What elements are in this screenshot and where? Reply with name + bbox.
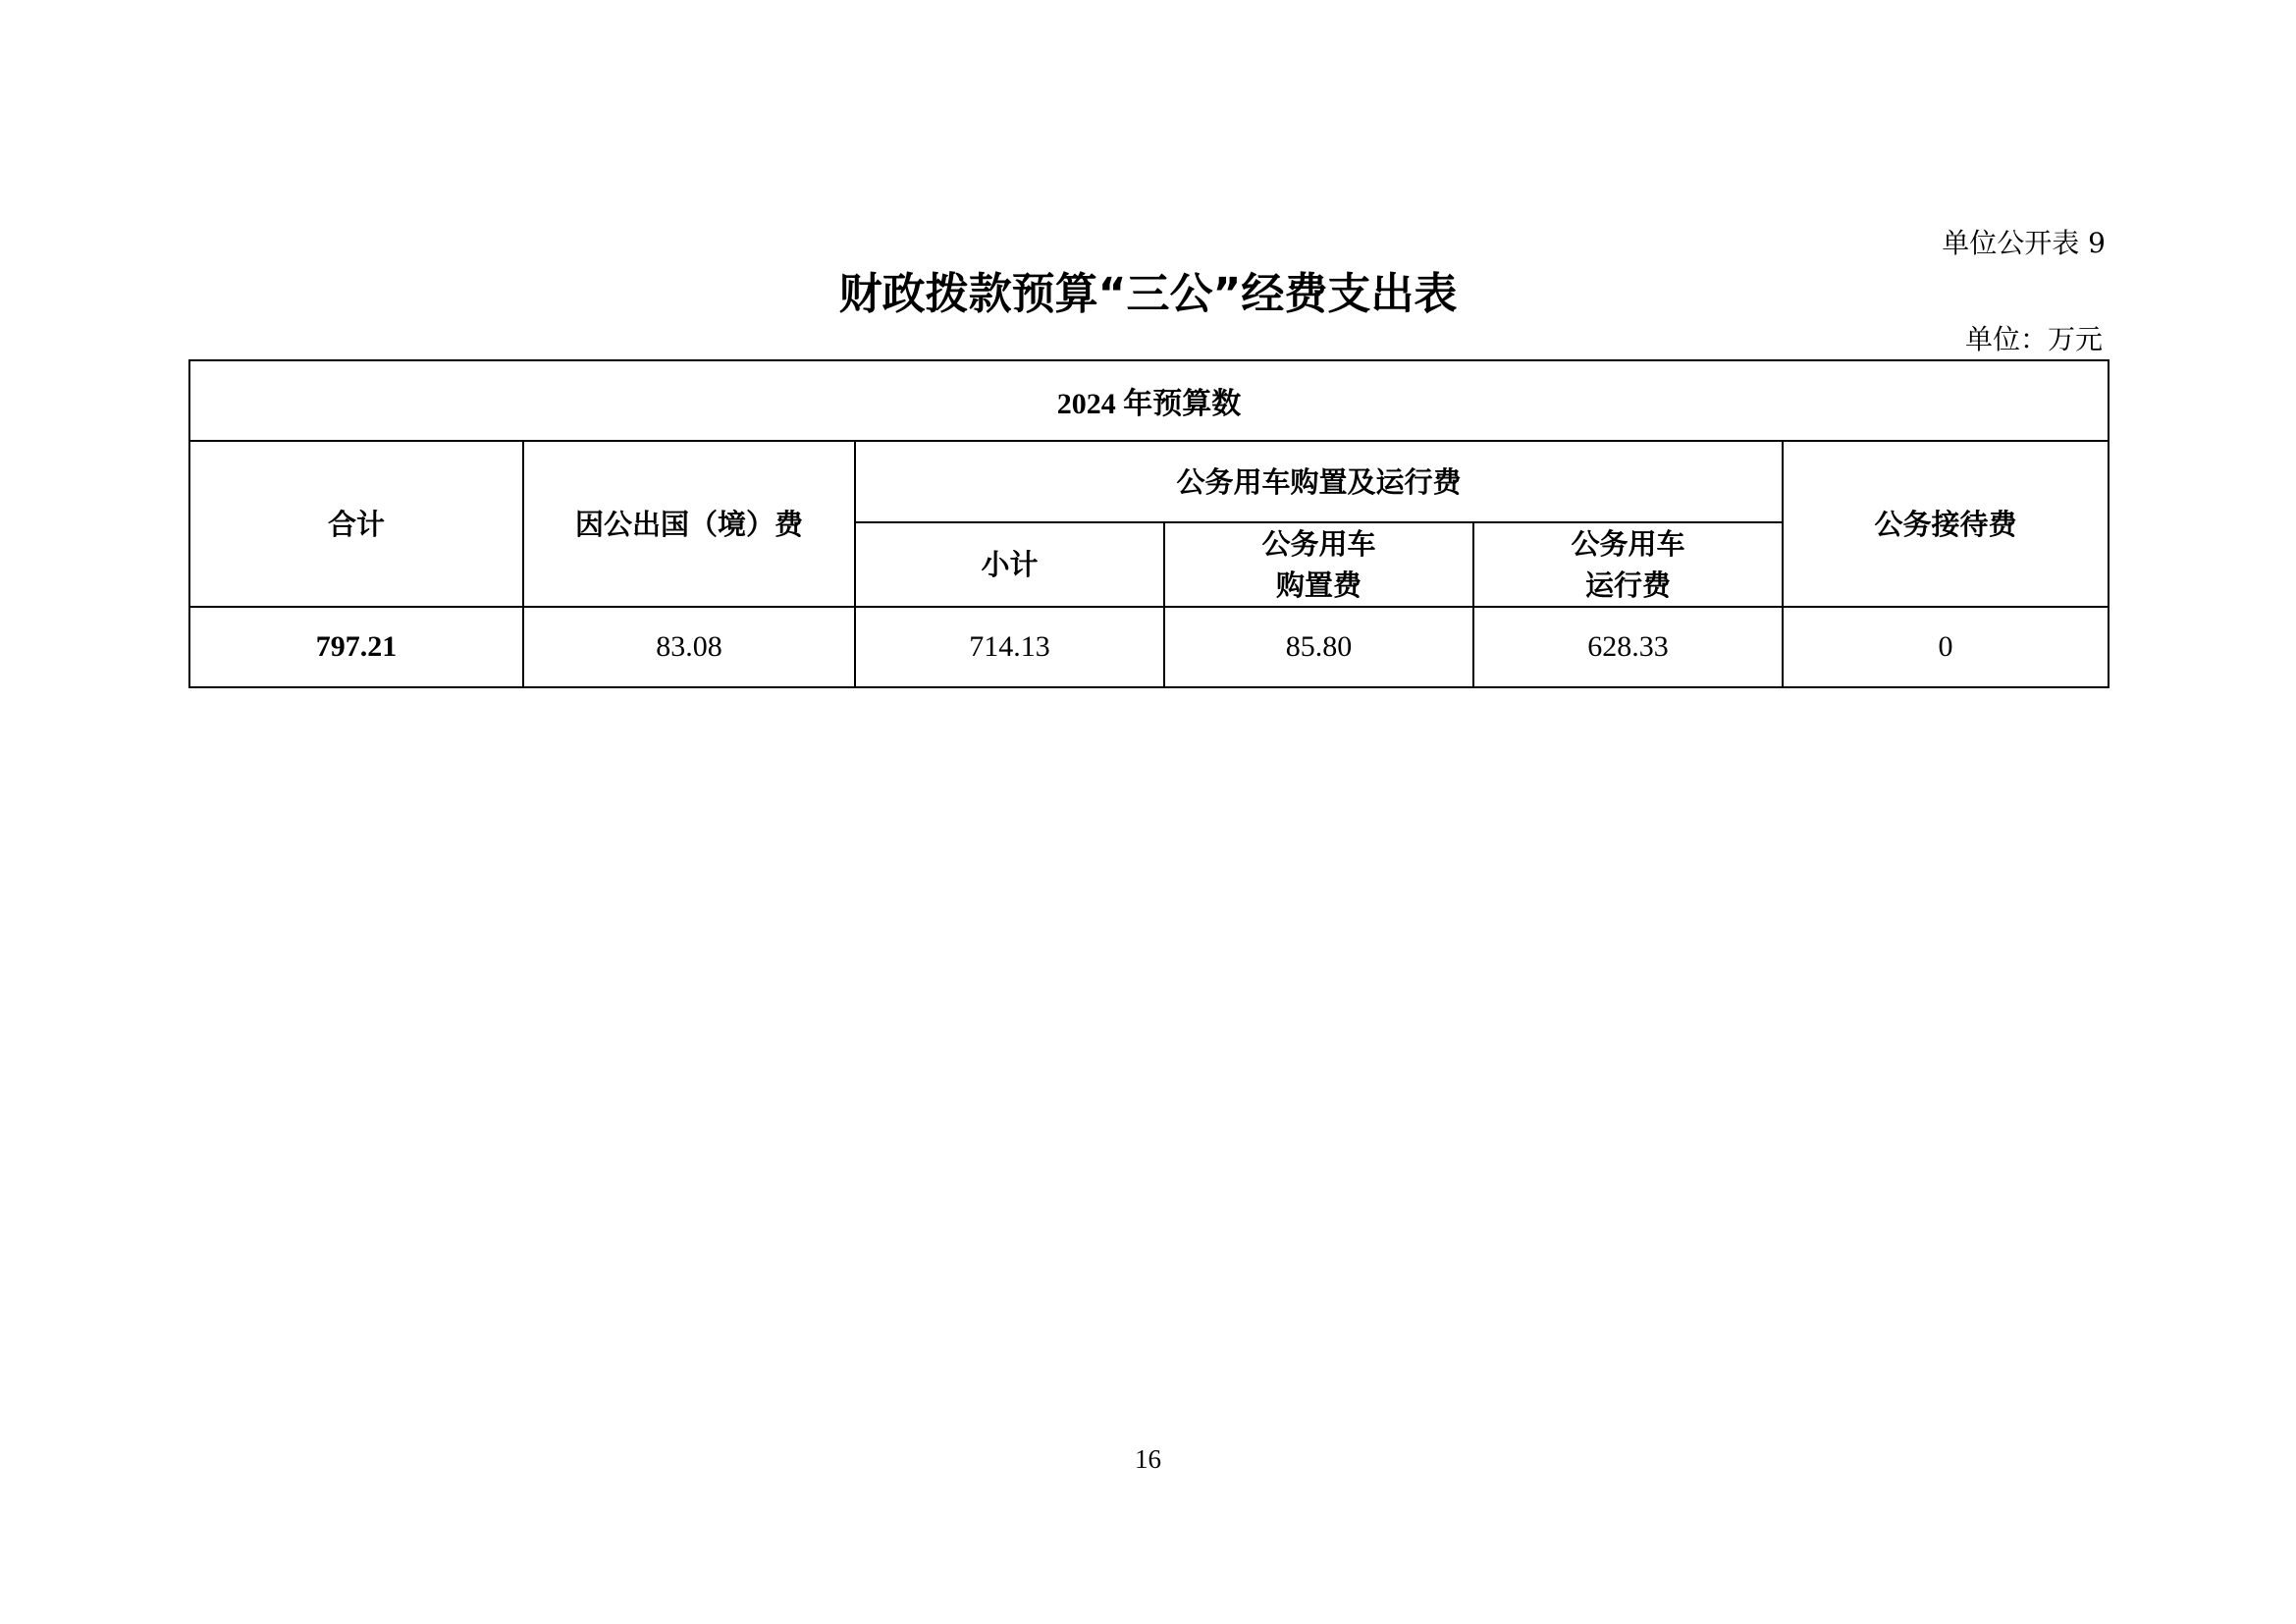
page-title: 财政拨款预算“三公”经费支出表: [0, 263, 2296, 326]
header-vehicle-purchase-line2: 购置费: [1165, 565, 1472, 606]
cell-overseas: 83.08: [523, 607, 855, 687]
header-vehicle-operation: 公务用车 运行费: [1473, 522, 1783, 607]
table-row: 797.21 83.08 714.13 85.80 628.33 0: [189, 607, 2109, 687]
cell-total: 797.21: [189, 607, 523, 687]
header-vehicle-operation-line1: 公务用车: [1474, 523, 1782, 565]
table-label: 单位公开表 9: [1942, 224, 2106, 263]
cell-vehicle-subtotal: 714.13: [855, 607, 1164, 687]
header-vehicle-purchase: 公务用车 购置费: [1164, 522, 1473, 607]
header-vehicle-operation-line2: 运行费: [1474, 565, 1782, 606]
year-header-row: 2024 年预算数: [189, 360, 2109, 441]
cell-vehicle-purchase: 85.80: [1164, 607, 1473, 687]
header-vehicle-group: 公务用车购置及运行费: [855, 441, 1783, 522]
unit-label: 单位：万元: [1965, 320, 2103, 359]
three-public-expenses-table: 2024 年预算数 合计 因公出国（境）费 公务用车购置及运行费 公务接待费 小…: [188, 359, 2109, 688]
header-total: 合计: [189, 441, 523, 607]
header-overseas: 因公出国（境）费: [523, 441, 855, 607]
page-number: 16: [0, 1443, 2296, 1475]
year-header: 2024 年预算数: [189, 360, 2109, 441]
cell-reception: 0: [1783, 607, 2109, 687]
header-reception: 公务接待费: [1783, 441, 2109, 607]
column-header-row: 合计 因公出国（境）费 公务用车购置及运行费 公务接待费: [189, 441, 2109, 522]
header-vehicle-purchase-line1: 公务用车: [1165, 523, 1472, 565]
header-vehicle-subtotal: 小计: [855, 522, 1164, 607]
cell-vehicle-operation: 628.33: [1473, 607, 1783, 687]
